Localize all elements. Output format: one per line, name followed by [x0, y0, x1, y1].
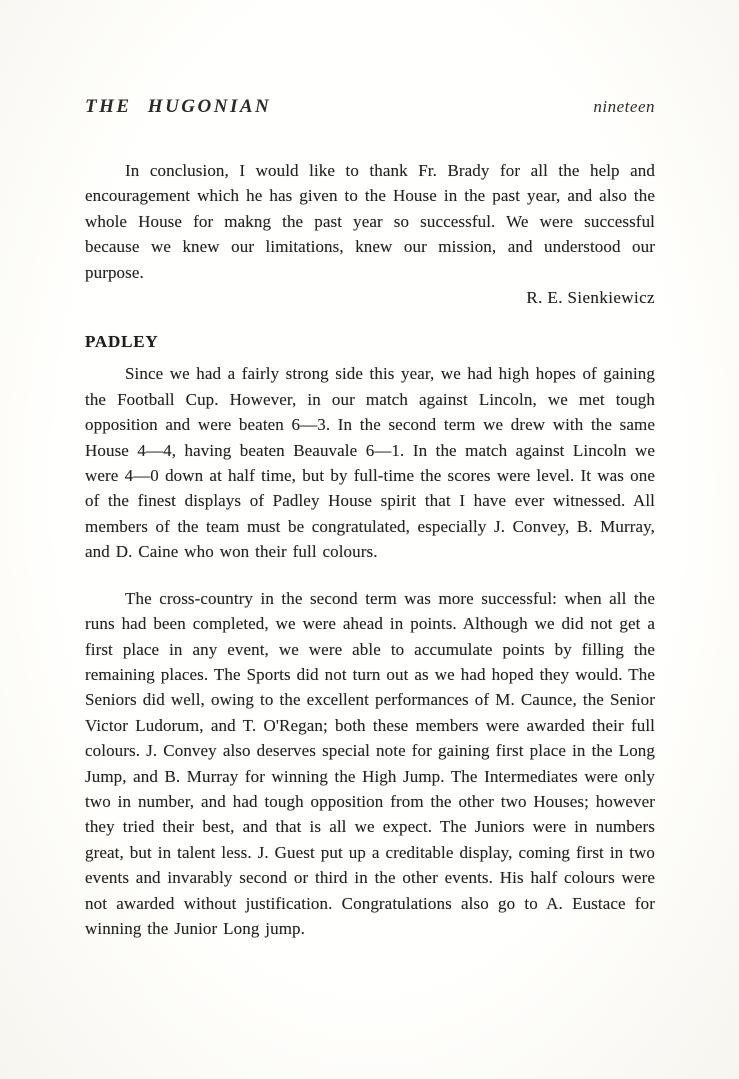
scanned-magazine-page: THE HUGONIAN nineteen In conclusion, I w…	[0, 0, 739, 1079]
conclusion-paragraph: In conclusion, I would like to thank Fr.…	[85, 158, 655, 285]
padley-paragraph-crosscountry: The cross-country in the second term was…	[85, 586, 655, 942]
conclusion-section: In conclusion, I would like to thank Fr.…	[85, 158, 655, 310]
padley-paragraph-football: Since we had a fairly strong side this y…	[85, 361, 655, 564]
page-header: THE HUGONIAN nineteen	[85, 96, 655, 118]
journal-title: THE HUGONIAN	[85, 96, 271, 118]
author-signature: R. E. Sienkiewicz	[85, 285, 655, 310]
page-number: nineteen	[593, 97, 655, 117]
padley-section: PADLEY Since we had a fairly strong side…	[85, 332, 655, 941]
section-heading-padley: PADLEY	[85, 332, 655, 352]
